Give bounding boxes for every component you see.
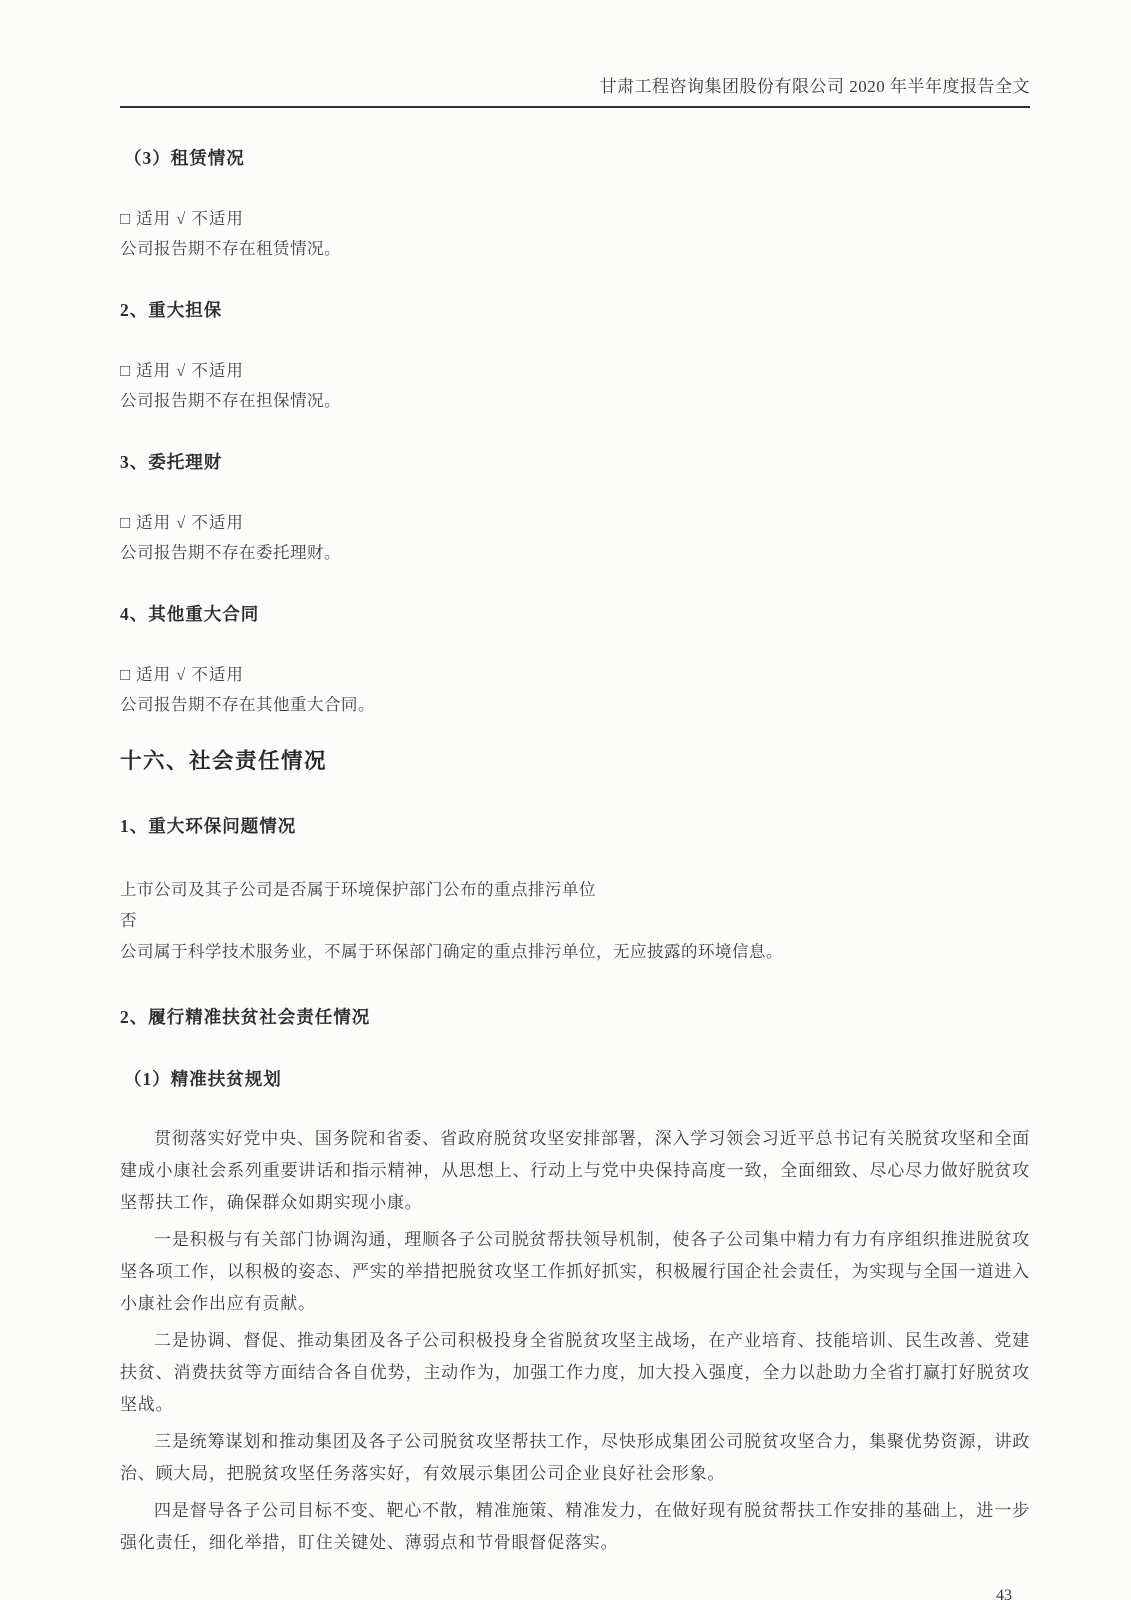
section-entrusted-wealth: 3、委托理财 □ 适用 √ 不适用 公司报告期不存在委托理财。 [120,450,1030,564]
section-entrusted-wealth-heading: 3、委托理财 [120,450,1030,474]
page-number: 43 [120,1587,1030,1600]
section-environment: 1、重大环保问题情况 上市公司及其子公司是否属于环境保护部门公布的重点排污单位 … [120,814,1030,967]
section-environment-heading: 1、重大环保问题情况 [120,814,1030,838]
section-leasing-applicability: □ 适用 √ 不适用 [120,208,1030,230]
section-poverty-alleviation: 2、履行精准扶贫社会责任情况 （1）精准扶贫规划 贯彻落实好党中央、国务院和省委… [120,1005,1030,1559]
section-other-contracts-heading: 4、其他重大合同 [120,602,1030,626]
section-leasing-note: 公司报告期不存在租赁情况。 [120,238,1030,260]
poverty-paragraph-overview: 贯彻落实好党中央、国务院和省委、省政府脱贫攻坚安排部署，深入学习领会习近平总书记… [120,1123,1030,1219]
poverty-plan-paragraphs: 贯彻落实好党中央、国务院和省委、省政府脱贫攻坚安排部署，深入学习领会习近平总书记… [120,1123,1030,1559]
section-leasing-heading: （3）租赁情况 [124,146,1030,170]
section-poverty-heading: 2、履行精准扶贫社会责任情况 [120,1005,1030,1029]
section-guarantees-heading: 2、重大担保 [120,298,1030,322]
environment-answer: 否 [120,905,1030,936]
report-header-title: 甘肃工程咨询集团股份有限公司 2020 年半年度报告全文 [120,76,1030,98]
section-guarantees-note: 公司报告期不存在担保情况。 [120,390,1030,412]
section-leasing: （3）租赁情况 □ 适用 √ 不适用 公司报告期不存在租赁情况。 [120,146,1030,260]
poverty-paragraph-measure-4: 四是督导各子公司目标不变、靶心不散，精准施策、精准发力，在做好现有脱贫帮扶工作安… [120,1495,1030,1559]
section-other-contracts: 4、其他重大合同 □ 适用 √ 不适用 公司报告期不存在其他重大合同。 [120,602,1030,716]
header-divider [120,106,1030,108]
section-entrusted-wealth-note: 公司报告期不存在委托理财。 [120,542,1030,564]
environment-question: 上市公司及其子公司是否属于环境保护部门公布的重点排污单位 [120,874,1030,905]
section-guarantees: 2、重大担保 □ 适用 √ 不适用 公司报告期不存在担保情况。 [120,298,1030,412]
report-page: 甘肃工程咨询集团股份有限公司 2020 年半年度报告全文 （3）租赁情况 □ 适… [0,0,1131,1600]
section-poverty-plan-subheading: （1）精准扶贫规划 [124,1067,1030,1091]
poverty-paragraph-measure-1: 一是积极与有关部门协调沟通，理顺各子公司脱贫帮扶领导机制，使各子公司集中精力有力… [120,1224,1030,1320]
poverty-paragraph-measure-3: 三是统筹谋划和推动集团及各子公司脱贫攻坚帮扶工作，尽快形成集团公司脱贫攻坚合力，… [120,1426,1030,1490]
section-other-contracts-applicability: □ 适用 √ 不适用 [120,664,1030,686]
section-guarantees-applicability: □ 适用 √ 不适用 [120,360,1030,382]
section-other-contracts-note: 公司报告期不存在其他重大合同。 [120,694,1030,716]
poverty-paragraph-measure-2: 二是协调、督促、推动集团及各子公司积极投身全省脱贫攻坚主战场，在产业培育、技能培… [120,1325,1030,1421]
section-environment-body: 上市公司及其子公司是否属于环境保护部门公布的重点排污单位 否 公司属于科学技术服… [120,874,1030,967]
section-entrusted-wealth-applicability: □ 适用 √ 不适用 [120,512,1030,534]
chapter-social-responsibility-heading: 十六、社会责任情况 [120,746,1030,776]
environment-explanation: 公司属于科学技术服务业，不属于环保部门确定的重点排污单位，无应披露的环境信息。 [120,936,1030,967]
